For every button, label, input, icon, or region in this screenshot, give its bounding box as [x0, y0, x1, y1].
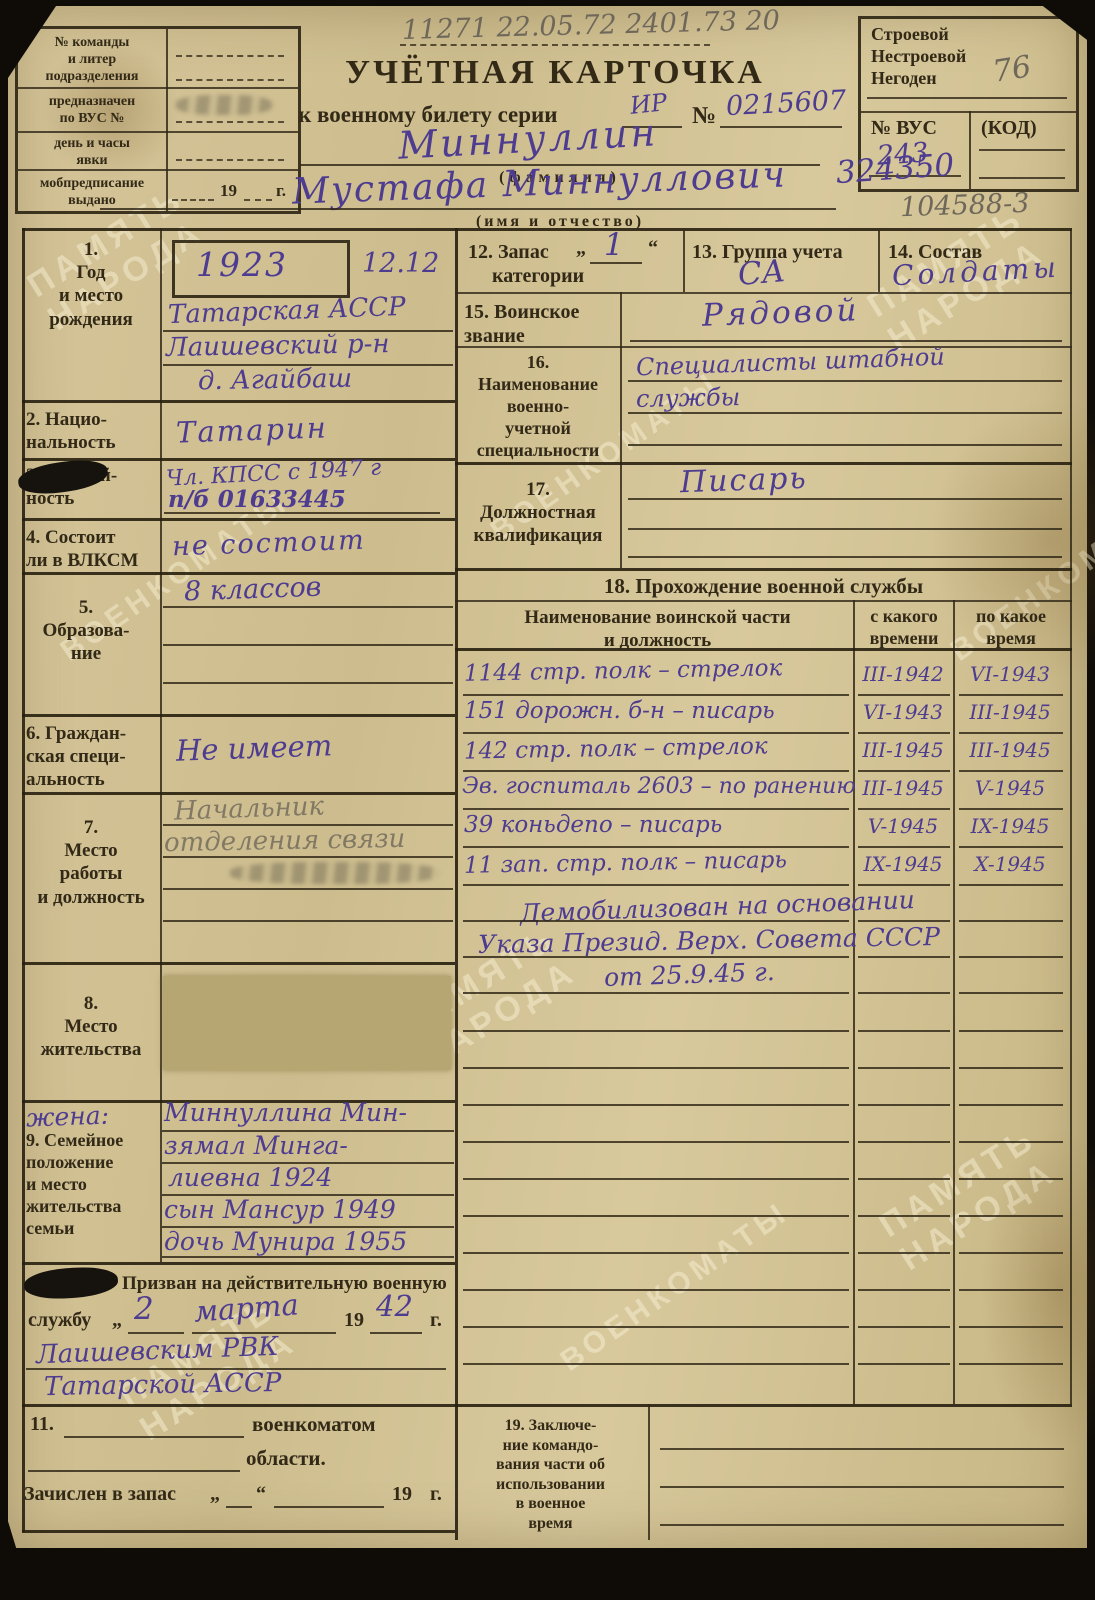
service-row-from: III-1942 [856, 664, 950, 684]
conscription-month-value: марта [193, 1290, 299, 1326]
section-rule [22, 1262, 455, 1265]
section-rule [22, 1530, 455, 1533]
ruled-line [463, 1215, 849, 1217]
reserve-category-label: 12. Запас [468, 240, 549, 264]
team-number-label: № команды и литер подразделения [20, 34, 164, 85]
service-col-from-header: с какого времени [856, 606, 952, 650]
service-row-to: VI-1943 [957, 664, 1063, 684]
workplace-line1: Начальник [174, 793, 325, 824]
ruled-line [463, 1289, 849, 1291]
conscription-label-line2: службу [28, 1308, 91, 1332]
ruled-line [858, 1326, 950, 1328]
command-conclusion-label: 19. Заключе- ние командо- вания части об… [458, 1416, 643, 1533]
ruled-line [959, 1030, 1063, 1032]
fit-noncombat-label: Нестроевой [871, 46, 966, 68]
ruled-line [858, 732, 950, 734]
ruled-line [959, 1326, 1063, 1328]
blank-line [176, 79, 284, 81]
frame-rule [1070, 228, 1072, 1404]
ruled-line [858, 1141, 950, 1143]
ruled-line [463, 770, 849, 772]
ruled-line [858, 1215, 950, 1217]
vus-purpose-label: предназначен по ВУС № [20, 93, 164, 127]
label-value-divider [620, 292, 622, 568]
conscription-region-line: Татарской АССР [44, 1370, 282, 1400]
section-rule [455, 568, 1072, 571]
family-line4: сын Мансур 1949 [164, 1197, 396, 1222]
reserve-enlist-label: Зачислен в запас [24, 1482, 176, 1506]
box-divider [969, 111, 971, 189]
ruled-line [628, 498, 1062, 500]
position-qualification-value: Писарь [680, 464, 809, 498]
ruled-line [959, 884, 1063, 886]
box-line [979, 149, 1065, 151]
label-value-divider [648, 1404, 650, 1540]
quote-open: „ [210, 1482, 220, 1506]
service-section-title: 18. Прохождение военной службы [455, 574, 1072, 600]
conscription-year-hand: 42 [376, 1292, 413, 1321]
service-col-unit-header: Наименование воинской части и должность [470, 606, 845, 652]
service-row-unit: 1144 стр. полк – стрелок [464, 657, 783, 686]
vlksm-label: 4. Состоит ли в ВЛКСМ [26, 526, 138, 572]
pencil-smudge [176, 95, 272, 115]
section-rule [22, 714, 455, 717]
ruled-line [959, 732, 1063, 734]
ruled-line [628, 556, 1062, 558]
service-row-to: V-1945 [957, 778, 1063, 798]
section-rule [22, 1404, 1072, 1407]
ticket-number-value: 0215607 [725, 87, 846, 120]
pencil-smudge [230, 862, 440, 884]
blank-line [176, 55, 284, 57]
cell-divider [683, 230, 685, 292]
number-sign: № [692, 102, 716, 131]
fitness-mark-value: 76 [991, 52, 1033, 88]
archive-number-pencil: 104588-3 [900, 190, 1030, 221]
year-print: 19 [392, 1482, 412, 1506]
year-suffix: г. [430, 1482, 442, 1506]
table-divider [853, 600, 855, 1404]
ruled-line [959, 1289, 1063, 1291]
position-qualification-label: 17. Должностная квалификация [458, 478, 618, 548]
redaction-block [163, 976, 451, 1070]
mobilization-box: № команды и литер подразделения предназн… [15, 26, 301, 214]
ruled-line [628, 380, 1062, 382]
demob-note-line3: от 25.9.45 г. [604, 959, 775, 990]
service-row-unit: 39 коньдепо – писарь [464, 814, 722, 837]
box-line [979, 177, 1065, 179]
ruled-line [463, 1141, 849, 1143]
box-divider [18, 87, 298, 89]
conscription-year-print: 19 [344, 1308, 364, 1332]
ruled-line [164, 512, 440, 514]
ruled-line [858, 694, 950, 696]
mob-order-label: мобпредписание выдано [20, 175, 164, 209]
card-number-value: 324350 [835, 150, 955, 189]
ruled-line [959, 1141, 1063, 1143]
ruled-line [858, 1104, 950, 1106]
service-row-unit: 142 стр. полк – стрелок [464, 735, 768, 763]
vus-code-label: (КОД) [981, 116, 1037, 140]
nationality-label: 2. Нацио- нальность [26, 408, 116, 454]
ruled-line [660, 1524, 1064, 1526]
ruled-line [959, 956, 1063, 958]
ruled-line [959, 1067, 1063, 1069]
quote-close: “ [648, 236, 658, 260]
service-row-from: VI-1943 [856, 702, 950, 722]
rank-value: Рядовой [702, 295, 860, 331]
civil-specialty-label: 6. Граждан- ская специ- альность [26, 722, 126, 792]
year-prefix: 19 [220, 181, 237, 202]
ruled-line [959, 694, 1063, 696]
blank-line [244, 199, 272, 201]
voenkomat-label: военкоматом [252, 1412, 376, 1438]
ruled-line [463, 920, 849, 922]
row-rule [455, 292, 1072, 294]
ruled-line [274, 1506, 384, 1508]
box-divider [166, 29, 168, 211]
rank-label: 15. Воинское звание [464, 300, 579, 349]
birth-place-line1: Татарская АССР [168, 294, 406, 328]
birth-place-line2: Лаишевский р-н [166, 331, 390, 361]
ruled-line [660, 1486, 1064, 1488]
ruled-line [858, 1067, 950, 1069]
ruled-line [163, 888, 453, 890]
form-title: УЧЁТНАЯ КАРТОЧКА [320, 52, 790, 93]
blank-line [172, 199, 214, 201]
ruled-line [959, 846, 1063, 848]
ruled-line [959, 992, 1063, 994]
ruled-line [630, 340, 1062, 342]
birth-day-value: 12.12 [362, 250, 439, 277]
section-rule [22, 400, 455, 403]
quote-open: „ [112, 1308, 122, 1332]
ruled-line [858, 1289, 950, 1291]
family-line1: Миннуллина Мин- [164, 1100, 407, 1125]
ruled-line [959, 1215, 1063, 1217]
table-header-rule [455, 648, 1072, 651]
workplace-line2: отделения связи [164, 826, 406, 856]
service-row-from: III-1945 [856, 740, 950, 760]
ruled-line [226, 1506, 252, 1508]
ruled-line [628, 412, 1062, 414]
education-label: 5. Образова- ние [26, 596, 146, 666]
ruled-line [959, 770, 1063, 772]
ruled-line [628, 528, 1062, 530]
ruled-line [163, 682, 453, 684]
ruled-line [590, 262, 642, 264]
row-rule [455, 600, 1072, 602]
ruled-line [463, 884, 849, 886]
ruled-line [463, 1178, 849, 1180]
ruled-line [463, 1067, 849, 1069]
fit-combat-label: Строевой [871, 24, 949, 46]
composition-value: Солдаты [891, 254, 1060, 291]
vlksm-value: не состоит [172, 527, 367, 561]
ruled-line [858, 1363, 950, 1365]
nationality-value: Татарин [176, 413, 329, 447]
birth-year-value: 1923 [196, 248, 288, 281]
row-rule [455, 346, 1072, 348]
label-value-divider [160, 228, 162, 1262]
reserve-category-label2: категории [492, 264, 584, 288]
ruled-line [463, 1252, 849, 1254]
ruled-line [162, 1256, 454, 1258]
box-line [867, 97, 1067, 99]
ruled-line [959, 808, 1063, 810]
workplace-label: 7. Место работы и должность [26, 816, 156, 909]
military-specialty-line2: службы [636, 385, 741, 411]
ruled-line [858, 770, 950, 772]
birth-section-label: 1. Год и место рождения [26, 238, 156, 331]
party-line2: п/б 01633445 [168, 488, 346, 511]
cell-divider [878, 230, 880, 292]
service-row-to: III-1945 [957, 702, 1063, 722]
ruled-line [163, 644, 453, 646]
enlistment-num: 11. [30, 1412, 54, 1436]
service-row-to: X-1945 [957, 854, 1063, 874]
section-rule [22, 518, 455, 521]
service-row-from: V-1945 [856, 816, 950, 836]
section-rule [22, 962, 455, 965]
year-suffix: г. [430, 1308, 442, 1332]
year-suffix: г. [276, 181, 286, 202]
education-value: 8 классов [184, 574, 322, 606]
ruled-line [628, 444, 1062, 446]
ruled-line [660, 1448, 1064, 1450]
ruled-line [163, 606, 453, 608]
table-divider [953, 600, 955, 1404]
unfit-label: Негоден [871, 68, 937, 90]
ruled-line [959, 920, 1063, 922]
ruled-line [858, 992, 950, 994]
wife-annotation: жена: [26, 1103, 110, 1131]
conscription-day-value: 2 [134, 1294, 154, 1325]
frame-rule [22, 228, 1072, 231]
ruled-line [858, 1252, 950, 1254]
service-col-to-header: по какое время [956, 606, 1066, 650]
ruled-line [959, 1363, 1063, 1365]
ruled-line [128, 1332, 184, 1334]
ruled-line [959, 1104, 1063, 1106]
ruled-line [163, 920, 453, 922]
reserve-category-value: 1 [604, 230, 624, 261]
pencil-underline [400, 44, 710, 46]
ruled-line [463, 1363, 849, 1365]
record-group-value: СА [737, 256, 787, 291]
quote-close: “ [256, 1482, 266, 1506]
ruled-line [858, 808, 950, 810]
name-underline [100, 208, 836, 210]
frame-rule [22, 228, 25, 1532]
blank-line [176, 121, 284, 123]
oblast-label: области. [246, 1446, 326, 1472]
quote-open: „ [576, 236, 586, 260]
residence-label: 8. Место жительства [26, 992, 156, 1062]
scanned-military-card: ПАМЯТЬ НАРОДА ПАМЯТЬ НАРОДА ПАМЯТЬ НАРОД… [0, 0, 1095, 1600]
ruled-line [463, 732, 849, 734]
ruled-line [463, 1104, 849, 1106]
service-row-unit: 151 дорожн. б-н – писарь [464, 700, 775, 723]
service-row-from: III-1945 [856, 778, 950, 798]
box-divider [18, 131, 298, 133]
ruled-line [463, 846, 849, 848]
civil-specialty-value: Не имеет [176, 731, 333, 765]
ruled-line [370, 1332, 422, 1334]
ruled-line [463, 808, 849, 810]
ruled-line [463, 694, 849, 696]
ruled-line [858, 1030, 950, 1032]
demob-note-line2: Указа Презид. Верх. Совета СССР [478, 924, 940, 957]
report-time-label: день и часы явки [20, 135, 164, 169]
ruled-line [463, 1326, 849, 1328]
service-row-to: IX-1945 [957, 816, 1063, 836]
family-label: 9. Семейное положение и место жительства… [26, 1130, 123, 1240]
ruled-line [858, 956, 950, 958]
ruled-line [163, 856, 453, 858]
family-line2: зямал Минга- [164, 1133, 348, 1158]
service-row-from: IX-1945 [856, 854, 950, 874]
family-line3: лиевна 1924 [168, 1165, 332, 1190]
number-underline [720, 126, 842, 128]
ruled-line [463, 992, 849, 994]
family-line5: дочь Мунира 1955 [164, 1229, 407, 1254]
ruled-line [28, 1470, 240, 1472]
birth-place-line3: д. Агайбаш [198, 366, 353, 395]
ruled-line [858, 846, 950, 848]
box-divider [18, 169, 298, 171]
service-row-unit: 11 зап. стр. полк – писарь [464, 849, 787, 878]
blank-line [176, 159, 284, 161]
ruled-line [858, 1178, 950, 1180]
ruled-line [463, 956, 849, 958]
military-specialty-label: 16. Наименование военно- учетной специал… [458, 352, 618, 462]
ruled-line [959, 1252, 1063, 1254]
ruled-line [64, 1436, 244, 1438]
service-row-unit: Эв. госпиталь 2603 – по ранению [462, 776, 856, 798]
ruled-line [463, 1030, 849, 1032]
service-row-to: III-1945 [957, 740, 1063, 760]
ruled-line [959, 1178, 1063, 1180]
